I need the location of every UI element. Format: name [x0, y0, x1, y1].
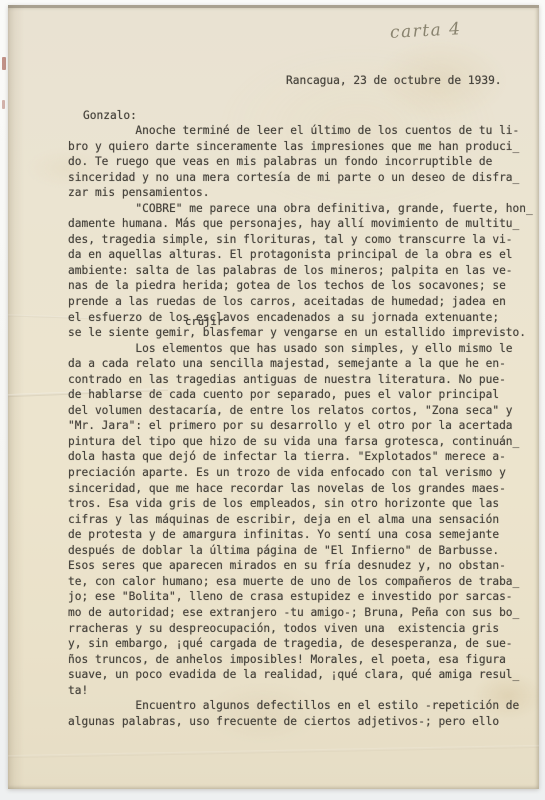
letter-line: da en aquellas alturas. El protagonista …: [68, 247, 533, 263]
letter-line: preciación aparte. Es un trozo de vida e…: [68, 465, 533, 481]
letter-line: de protesta y de amargura infinitas. Yo …: [68, 527, 533, 543]
letter-line: zar mis pensamientos.: [68, 185, 533, 201]
letter-line: des, tragedia simple, sin florituras, ta…: [68, 232, 533, 248]
letter-line: Encuentro algunos defectillos en el esti…: [68, 698, 533, 714]
letter-line: rracheras y su despreocupación, todos vi…: [68, 621, 533, 637]
letter-line: ta!: [68, 683, 533, 699]
letter-line: damente humana. Más que personajes, hay …: [68, 216, 533, 232]
letter-line: sinceridad, que me hace recordar las nov…: [68, 481, 533, 497]
letter-line: tros. Esa vida gris de los empleados, si…: [68, 496, 533, 512]
letter-line: cifras y las máquinas de escribir, deja …: [68, 512, 533, 528]
letter-line: sinceridad y no una mera cortesía de mi …: [68, 170, 533, 186]
letter-line: Anoche terminé de leer el último de los …: [68, 123, 533, 139]
red-edge-mark: [2, 100, 5, 109]
interline-insertion: crujir: [185, 317, 223, 328]
letter-line: y, sin embargo, ¡qué cargada de tragedia…: [68, 636, 533, 652]
letter-line: te, con calor humano; esa muerte de uno …: [68, 574, 533, 590]
scanned-letter-page: carta 4 Rancagua, 23 de octubre de 1939.…: [0, 0, 545, 800]
letter-line: bro y quiero darte sinceramente las impr…: [68, 139, 533, 155]
letter-line: "Mr. Jara": el primero por su desarrollo…: [68, 418, 533, 434]
letter-line: después de doblar la última página de "E…: [68, 543, 533, 559]
letter-line: dola hasta que dejó de infectar la tierr…: [68, 449, 533, 465]
letter-line: de hablarse de cada cuento por separado,…: [68, 387, 533, 403]
letter-paper: carta 4 Rancagua, 23 de octubre de 1939.…: [8, 5, 539, 789]
letter-line: prende a las ruedas de los carros, aceit…: [68, 294, 533, 310]
letter-line: nas de la piedra herida; gotea de los te…: [68, 278, 533, 294]
letter-line: ambiente: salta de las palabras de los m…: [68, 263, 533, 279]
letter-line: da a cada relato una sencilla majestad, …: [68, 356, 533, 372]
letter-line: jo; ese "Bolita", lleno de crasa estupid…: [68, 589, 533, 605]
letter-line: do. Te ruego que veas en mis palabras un…: [68, 154, 533, 170]
red-edge-mark: [2, 57, 6, 70]
letter-line: pintura del tipo que hizo de su vida una…: [68, 434, 533, 450]
letter-line: suave, un poco evadida de la realidad, ¡…: [68, 667, 533, 683]
letter-body: Anoche terminé de leer el último de los …: [68, 123, 533, 729]
letter-place-date: Rancagua, 23 de octubre de 1939.: [286, 73, 502, 89]
letter-line: Esos seres que aparecen mirados en su fr…: [68, 558, 533, 574]
letter-line: contrado en las tragedias antiguas de nu…: [68, 372, 533, 388]
letter-salutation: Gonzalo:: [83, 108, 137, 124]
letter-line: el esfuerzo de los esclavos encadenados …: [68, 310, 533, 326]
letter-line: "COBRE" me parece una obra definitiva, g…: [68, 201, 533, 217]
letter-line: ños truncos, de anhelos imposibles! Mora…: [68, 652, 533, 668]
paper-crease: [8, 745, 539, 758]
letter-line: se le siente gemir, blasfemar y vengarse…: [68, 325, 533, 341]
letter-line: algunas palabras, uso frecuente de ciert…: [68, 714, 533, 730]
letter-line: mo de autoridad; ese extranjero -tu amig…: [68, 605, 533, 621]
handwritten-annotation: carta 4: [390, 19, 462, 43]
letter-line: Los elementos que has usado son simples,…: [68, 341, 533, 357]
letter-line: del volumen destacaría, de entre los rel…: [68, 403, 533, 419]
